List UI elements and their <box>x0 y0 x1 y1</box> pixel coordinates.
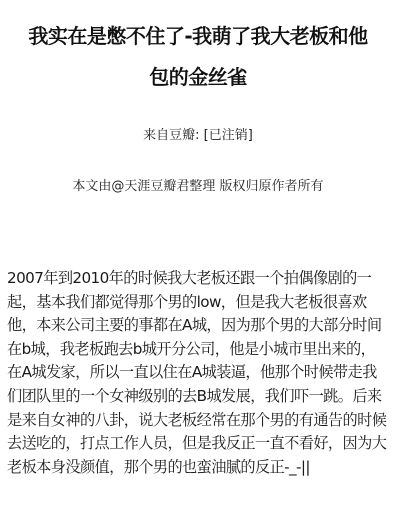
article-title-line-2: 包的金丝雀 <box>0 61 396 90</box>
body-line: 们团队里的一个女神级别的去B城发展，我们吓一跳。后来 <box>7 385 387 409</box>
article-source: 来自豆瓣: [已注销] <box>0 124 396 143</box>
article-body: 2007年到2010年的时候我大老板还跟一个拍偶像剧的一 起，基本我们都觉得那个… <box>7 267 387 479</box>
article-title-line-1: 我实在是憋不住了-我萌了我大老板和他 <box>0 20 396 49</box>
body-line: 在b城，我老板跑去b城开分公司，他是小城市里出来的， <box>7 338 387 362</box>
body-line: 2007年到2010年的时候我大老板还跟一个拍偶像剧的一 <box>7 267 387 291</box>
body-line: 在A城发家，所以一直以住在A城装逼，他那个时候带走我 <box>7 361 387 385</box>
article-credit: 本文由@天涯豆瓣君整理 版权归原作者所有 <box>0 175 396 194</box>
body-line: 他，本来公司主要的事都在A城，因为那个男的大部分时间 <box>7 314 387 338</box>
body-line: 老板本身没颜值，那个男的也蛮油腻的反正-_-|| <box>7 456 387 480</box>
body-line: 起，基本我们都觉得那个男的low，但是我大老板很喜欢 <box>7 291 387 315</box>
body-line: 是来自女神的八卦，说大老板经常在那个男的有通告的时候 <box>7 409 387 433</box>
body-line: 去送吃的，打点工作人员，但是我反正一直不看好，因为大 <box>7 432 387 456</box>
